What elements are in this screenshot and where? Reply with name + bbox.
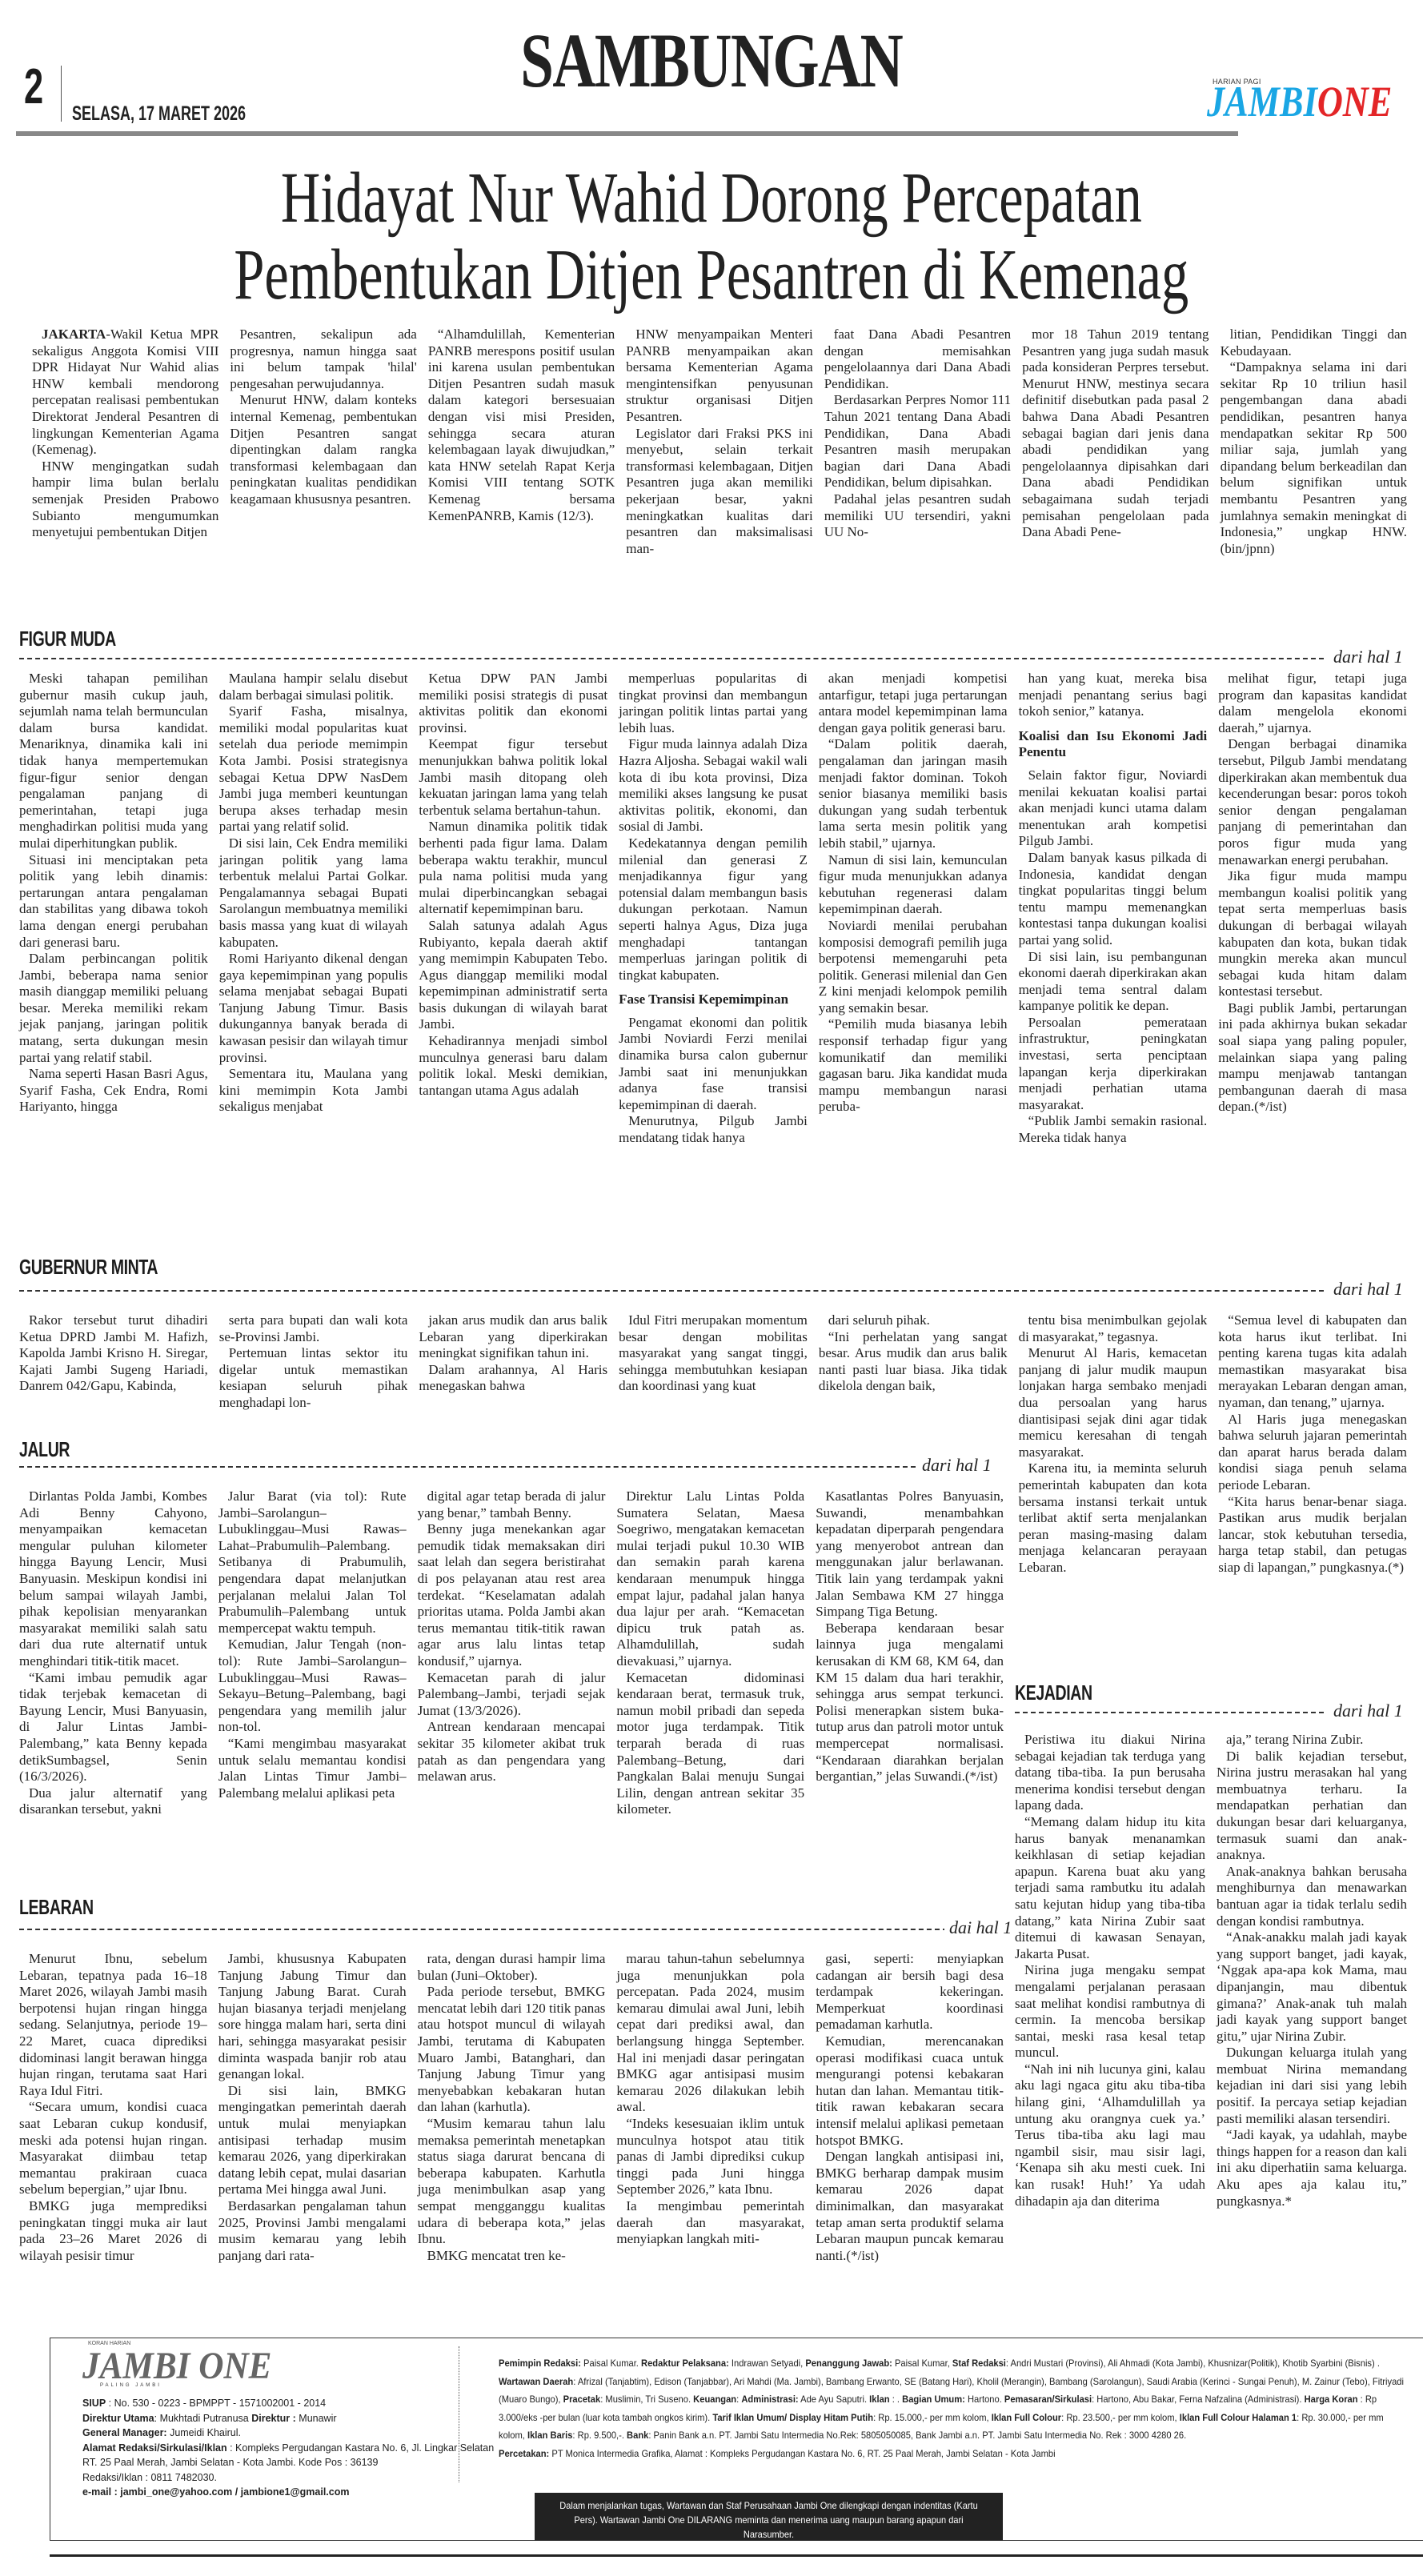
sub-heading: Koalisi dan Isu Ekonomi Jadi Penentu bbox=[1019, 728, 1208, 761]
paragraph: Dirlantas Polda Jambi, Kombes Adi Benny … bbox=[19, 1488, 207, 1670]
text-column: “Semua level di kabupaten dan kota harus… bbox=[1218, 1312, 1407, 1576]
paragraph: JAKARTA-Wakil Ketua MPR sekaligus Anggot… bbox=[32, 327, 218, 459]
press-notice-text: Dalam menjalankan tugas, Wartawan dan St… bbox=[553, 2498, 984, 2542]
text-column: faat Dana Abadi Pesantren dengan memisah… bbox=[824, 327, 1011, 557]
paragraph: Syarif Fasha, misalnya, memiliki modal p… bbox=[219, 703, 408, 835]
paragraph: Dengan langkah antisipasi ini, BMKG berh… bbox=[816, 2149, 1004, 2264]
paragraph: Nama seperti Hasan Basri Agus, Syarif Fa… bbox=[19, 1066, 208, 1116]
staff-value: Hartono. bbox=[965, 2394, 1004, 2405]
editorial-staff-info: Pemimpin Redaksi: Paisal Kumar. Redaktur… bbox=[499, 2354, 1410, 2462]
staff-value: : Rp. 9.500,-. bbox=[572, 2430, 627, 2441]
masthead-rule bbox=[16, 131, 1238, 136]
staff-value: PT Monica Intermedia Grafika, Alamat : K… bbox=[549, 2448, 1055, 2459]
paragraph: mor 18 Tahun 2019 tentang Pesantren yang… bbox=[1022, 327, 1209, 541]
press-notice: Dalam menjalankan tugas, Wartawan dan St… bbox=[535, 2493, 1003, 2541]
publisher-info-line: Redaksi/Iklan : 0811 7482030. bbox=[82, 2470, 499, 2486]
paragraph: “Kami mengimbau masyarakat untuk selalu … bbox=[218, 1736, 407, 1801]
publisher-info-line: RT. 25 Paal Merah, Jambi Selatan - Kota … bbox=[82, 2455, 499, 2470]
paragraph: Al Haris juga menegaskan bahwa seluruh j… bbox=[1218, 1412, 1407, 1494]
paragraph: Jambi, khususnya Kabupaten Tanjung Jabun… bbox=[218, 1951, 407, 2083]
text-column: Jambi, khususnya Kabupaten Tanjung Jabun… bbox=[218, 1951, 407, 2264]
paragraph: Namun dinamika politik tidak berhenti pa… bbox=[419, 819, 607, 918]
paragraph: Kemacetan didominasi kendaraan berat, te… bbox=[616, 1670, 804, 1818]
paragraph: akan menjadi kompetisi antarfigur, tetap… bbox=[819, 671, 1008, 736]
paragraph: Di sisi lain, BMKG mengingatkan pemerint… bbox=[218, 2083, 407, 2198]
staff-label: Iklan Baris bbox=[527, 2430, 572, 2441]
staff-label: Pemasaran/Sirkulasi bbox=[1004, 2394, 1092, 2405]
continuation-rule bbox=[1015, 1712, 1324, 1713]
paragraph: tentu bisa menimbulkan gejolak di masyar… bbox=[1019, 1312, 1208, 1345]
text-column: digital agar tetap berada di jalur yang … bbox=[418, 1488, 606, 1818]
paragraph: Ketua DPW PAN Jambi memiliki posisi stra… bbox=[419, 671, 607, 736]
paragraph: marau tahun-tahun sebelumnya juga menunj… bbox=[616, 1951, 804, 2116]
paragraph: “Indeks kesesuaian iklim untuk munculnya… bbox=[616, 2116, 804, 2198]
paragraph: Sementara itu, Maulana yang kini memimpi… bbox=[219, 1066, 408, 1116]
text-column: JAKARTA-Wakil Ketua MPR sekaligus Anggot… bbox=[32, 327, 218, 557]
staff-value: : Andri Mustari (Provinsi), Ali Ahmadi (… bbox=[1006, 2358, 1380, 2369]
section-title-gubernur-minta: GUBERNUR MINTA bbox=[19, 1255, 158, 1280]
text-column: melihat figur, tetapi juga program dan k… bbox=[1218, 671, 1407, 1147]
text-column: marau tahun-tahun sebelumnya juga menunj… bbox=[616, 1951, 804, 2264]
text-column: Idul Fitri merupakan momentum besar deng… bbox=[619, 1312, 808, 1416]
paragraph: han yang kuat, mereka bisa menjadi penan… bbox=[1019, 671, 1208, 720]
paragraph: “Semua level di kabupaten dan kota harus… bbox=[1218, 1312, 1407, 1412]
paragraph: Dua jalur alternatif yang disarankan ter… bbox=[19, 1785, 207, 1818]
staff-label: Iklan bbox=[869, 2394, 889, 2405]
paragraph: Kedekatannya dengan pemilih milenial dan… bbox=[619, 835, 808, 984]
paragraph: HNW mengingatkan sudah hampir lima bulan… bbox=[32, 459, 218, 541]
text-column: Rakor tersebut turut dihadiri Ketua DPRD… bbox=[19, 1312, 208, 1416]
paragraph: Dalam perbincangan politik Jambi, bebera… bbox=[19, 951, 208, 1066]
paragraph: Anak-anaknya bahkan berusaha menghiburny… bbox=[1217, 1864, 1407, 1929]
continued-from-page-label: dari hal 1 bbox=[1329, 1701, 1403, 1721]
staff-label: Tarif Iklan Umum/ Display Hitam Putih bbox=[712, 2412, 873, 2423]
paragraph: “Memang dalam hidup itu kita harus banya… bbox=[1015, 1814, 1205, 1962]
paragraph: Maulana hampir selalu disebut dalam berb… bbox=[219, 671, 408, 703]
text-column: Maulana hampir selalu disebut dalam berb… bbox=[219, 671, 408, 1147]
continued-from-page-label: dari hal 1 bbox=[1329, 1279, 1403, 1300]
paragraph: Romi Hariyanto dikenal dengan gaya kepem… bbox=[219, 951, 408, 1066]
info-label: e-mail : jambi_one@yahoo.com / jambione1… bbox=[82, 2486, 349, 2498]
staff-label: Harga Koran bbox=[1305, 2394, 1358, 2405]
text-column: Jalur Barat (via tol): Rute Jambi–Sarola… bbox=[218, 1488, 407, 1818]
continuation-rule bbox=[19, 1466, 916, 1468]
footer-logo: KORAN HARIAN JAMBI ONE PALING JAMBI bbox=[82, 2341, 323, 2389]
paragraph: Di balik kejadian tersebut, Nirina justr… bbox=[1217, 1749, 1407, 1864]
publisher-info-line: SIUP : No. 530 - 0223 - BPMPPT - 1571002… bbox=[82, 2396, 499, 2411]
paragraph: Di sisi lain, Cek Endra memiliki jaringa… bbox=[219, 835, 408, 951]
info-value: RT. 25 Paal Merah, Jambi Selatan - Kota … bbox=[82, 2457, 378, 2468]
paragraph: Antrean kendaraan mencapai sekitar 35 ki… bbox=[418, 1719, 606, 1785]
text-column: Peristiwa itu diakui Nirina sebagai keja… bbox=[1015, 1732, 1205, 2209]
paragraph: Menurut Ibnu, sebelum Lebaran, tepatnya … bbox=[19, 1951, 207, 2099]
paragraph: Peristiwa itu diakui Nirina sebagai keja… bbox=[1015, 1732, 1205, 1814]
staff-value: Paisal Kumar, bbox=[892, 2358, 952, 2369]
logo-word-jambi: JAMBI bbox=[1207, 78, 1317, 126]
publisher-info-line: Direktur Utama: Mukhtadi Putranusa Direk… bbox=[82, 2411, 499, 2426]
paragraph: Nirina juga mengaku sempat mengalami per… bbox=[1015, 1962, 1205, 2061]
paragraph: Pada periode tersebut, BMKG mencatat leb… bbox=[418, 1984, 606, 2116]
staff-label: Redaktur Pelaksana: bbox=[641, 2358, 729, 2369]
dateline: JAKARTA bbox=[42, 327, 106, 342]
paragraph: “Alhamdulillah, Kementerian PANRB meresp… bbox=[428, 327, 615, 524]
paragraph: Pengamat ekonomi dan politik Jambi Novia… bbox=[619, 1015, 808, 1114]
continued-from-page-label: dai hal 1 bbox=[944, 1917, 1012, 1938]
staff-value: : Muslimin, Tri Suseno. bbox=[600, 2394, 693, 2405]
paragraph: “Kita harus benar-benar siaga. Pastikan … bbox=[1218, 1494, 1407, 1576]
paragraph: “Nah ini nih lucunya gini, kalau aku lag… bbox=[1015, 2061, 1205, 2209]
paragraph: serta para bupati dan wali kota se-Provi… bbox=[219, 1312, 408, 1345]
continuation-rule bbox=[19, 1929, 948, 1930]
info-value: : Kompleks Pergudangan Kastara No. 6, Jl… bbox=[227, 2442, 495, 2454]
paragraph: Beberapa kendaraan besar lainnya juga me… bbox=[816, 1621, 1004, 1785]
staff-value: : Rp. 15.000,- per mm kolom, bbox=[873, 2412, 992, 2423]
paragraph: Jalur Barat (via tol): Rute Jambi–Sarola… bbox=[218, 1488, 407, 1637]
text-column: Kasatlantas Polres Banyuasin, Suwandi, m… bbox=[816, 1488, 1004, 1818]
paragraph: “Pemilih muda biasanya lebih responsif t… bbox=[819, 1016, 1008, 1116]
footer-logo-name: JAMBI ONE bbox=[82, 2344, 271, 2388]
info-label: General Manager: bbox=[82, 2427, 167, 2438]
text-column: Meski tahapan pemilihan gubernur masih c… bbox=[19, 671, 208, 1147]
footer-rule bbox=[50, 2554, 1423, 2557]
footer-logo-tagline: PALING JAMBI bbox=[100, 2383, 162, 2388]
info-label: Direktur : bbox=[251, 2413, 296, 2424]
text-column: serta para bupati dan wali kota se-Provi… bbox=[219, 1312, 408, 1416]
headline-line-2: Pembentukan Ditjen Pesantren di Kemenag bbox=[234, 237, 1189, 314]
staff-label: Staf Redaksi bbox=[952, 2358, 1006, 2369]
paragraph: aja,” terang Nirina Zubir. bbox=[1217, 1732, 1407, 1749]
staff-label: Percetakan: bbox=[499, 2448, 549, 2459]
paragraph: Berdasarkan pengalaman tahun 2025, Provi… bbox=[218, 2198, 407, 2264]
info-value: Redaksi/Iklan : 0811 7482030. bbox=[82, 2472, 217, 2483]
paragraph: “Dalam politik daerah, pengalaman dan ja… bbox=[819, 736, 1008, 851]
staff-label: Wartawan Daerah bbox=[499, 2376, 573, 2387]
paragraph: BMKG juga memprediksi peningkatan tinggi… bbox=[19, 2198, 207, 2264]
paragraph: Rakor tersebut turut dihadiri Ketua DPRD… bbox=[19, 1312, 208, 1395]
paragraph: Kemacetan parah di jalur Palembang–Jambi… bbox=[418, 1670, 606, 1720]
publisher-info-line: Alamat Redaksi/Sirkulasi/Iklan : Komplek… bbox=[82, 2441, 499, 2456]
impressum-divider bbox=[459, 2346, 459, 2482]
lebaran-body: Menurut Ibnu, sebelum Lebaran, tepatnya … bbox=[19, 1951, 1004, 2264]
jalur-body: Dirlantas Polda Jambi, Kombes Adi Benny … bbox=[19, 1488, 1004, 1818]
staff-value: : . bbox=[890, 2394, 903, 2405]
continuation-rule bbox=[19, 658, 1324, 659]
info-label: SIUP bbox=[82, 2398, 106, 2409]
staff-value: : Hartono, Abu Bakar, Ferna Nafzalina (A… bbox=[1092, 2394, 1304, 2405]
paragraph: Dukungan keluarga itulah yang membuat Ni… bbox=[1217, 2045, 1407, 2127]
text-column: rata, dengan durasi hampir lima bulan (J… bbox=[418, 1951, 606, 2264]
paragraph: “Musim kemarau tahun lalu memaksa pemeri… bbox=[418, 2116, 606, 2248]
paragraph: litian, Pendidikan Tinggi dan Kebudayaan… bbox=[1221, 327, 1407, 359]
text-column: Pesantren, sekalipun ada progresnya, nam… bbox=[230, 327, 416, 557]
logo-word-one: ONE bbox=[1317, 78, 1392, 126]
newspaper-logo: HARIAN PAGI JAMBIONE bbox=[1207, 74, 1423, 126]
paragraph: “Ini perhelatan yang sangat besar. Arus … bbox=[819, 1329, 1008, 1395]
paragraph: Dengan berbagai dinamika tersebut, Pilgu… bbox=[1218, 736, 1407, 868]
paragraph: Keempat figur tersebut menunjukkan bahwa… bbox=[419, 736, 607, 819]
info-value: : No. 530 - 0223 - BPMPPT - 1571002001 -… bbox=[106, 2398, 326, 2409]
paragraph: Figur muda lainnya adalah Diza Hazra Alj… bbox=[619, 736, 808, 835]
impressum-box: KORAN HARIAN JAMBI ONE PALING JAMBI SIUP… bbox=[50, 2338, 1423, 2541]
section-title-jalur: JALUR bbox=[19, 1437, 70, 1462]
continuation-rule bbox=[19, 1290, 1324, 1292]
paragraph: “Publik Jambi semakin rasional. Mereka t… bbox=[1019, 1113, 1208, 1146]
paragraph: “Anak-anakku malah jadi kayak yang suppo… bbox=[1217, 1929, 1407, 2045]
paragraph: Idul Fitri merupakan momentum besar deng… bbox=[619, 1312, 808, 1395]
paragraph: memperluas popularitas di tingkat provin… bbox=[619, 671, 808, 736]
paragraph: Menurut Al Haris, kemacetan panjang di j… bbox=[1019, 1345, 1208, 1460]
paragraph: Noviardi menilai perubahan komposisi dem… bbox=[819, 918, 1008, 1017]
paragraph: Dalam arahannya, Al Haris menegaskan bah… bbox=[419, 1362, 607, 1395]
text-column: Ketua DPW PAN Jambi memiliki posisi stra… bbox=[419, 671, 607, 1147]
staff-label: Keuangan bbox=[693, 2394, 736, 2405]
staff-label: Iklan Full Colour bbox=[992, 2412, 1061, 2423]
publisher-info: SIUP : No. 530 - 0223 - BPMPPT - 1571002… bbox=[82, 2396, 499, 2500]
staff-value: Indrawan Setyadi, bbox=[729, 2358, 806, 2369]
paragraph: Karena itu, ia meminta seluruh pemerinta… bbox=[1019, 1460, 1208, 1576]
info-label: Alamat Redaksi/Sirkulasi/Iklan bbox=[82, 2442, 227, 2454]
paragraph: Namun di sisi lain, kemunculan figur mud… bbox=[819, 852, 1008, 918]
paragraph: Salah satunya adalah Agus Rubiyanto, kep… bbox=[419, 918, 607, 1033]
text-column: jakan arus mudik dan arus balik Lebaran … bbox=[419, 1312, 607, 1416]
text-column: aja,” terang Nirina Zubir.Di balik kejad… bbox=[1217, 1732, 1407, 2209]
headline-line-1: Hidayat Nur Wahid Dorong Percepatan bbox=[281, 160, 1142, 237]
paragraph: Direktur Lalu Lintas Polda Sumatera Sela… bbox=[616, 1488, 804, 1670]
paragraph: jakan arus mudik dan arus balik Lebaran … bbox=[419, 1312, 607, 1362]
text-column: mor 18 Tahun 2019 tentang Pesantren yang… bbox=[1022, 327, 1209, 557]
paragraph: “Jadi kayak, ya udahlah, maybe things ha… bbox=[1217, 2127, 1407, 2209]
paragraph: Jika figur muda mampu membangun koalisi … bbox=[1218, 868, 1407, 1000]
paragraph: BMKG mencatat tren ke- bbox=[418, 2248, 606, 2265]
paragraph: Legislator dari Fraksi PKS ini menyebut,… bbox=[626, 426, 812, 558]
staff-label: Administrasi: bbox=[741, 2394, 798, 2405]
sub-heading: Fase Transisi Kepemimpinan bbox=[619, 992, 808, 1008]
text-column: tentu bisa menimbulkan gejolak di masyar… bbox=[1019, 1312, 1208, 1576]
paragraph: HNW menyampaikan Menteri PANRB menyampai… bbox=[626, 327, 812, 426]
kejadian-body: Peristiwa itu diakui Nirina sebagai keja… bbox=[1015, 1732, 1407, 2209]
staff-label: Iklan Full Colour Halaman 1 bbox=[1180, 2412, 1297, 2423]
staff-value: Paisal Kumar. bbox=[581, 2358, 641, 2369]
text-column: “Alhamdulillah, Kementerian PANRB meresp… bbox=[428, 327, 615, 557]
paragraph: Ia mengimbau pemerintah daerah dan masya… bbox=[616, 2198, 804, 2248]
paragraph: digital agar tetap berada di jalur yang … bbox=[418, 1488, 606, 1521]
continued-from-page-label: dari hal 1 bbox=[917, 1455, 992, 1476]
staff-label: Pemimpin Redaksi: bbox=[499, 2358, 581, 2369]
paragraph: Kemudian, merencanakan operasi modifikas… bbox=[816, 2033, 1004, 2149]
text-column: memperluas popularitas di tingkat provin… bbox=[619, 671, 808, 1147]
paragraph: Bagi publik Jambi, pertarungan ini pada … bbox=[1218, 1000, 1407, 1116]
info-value: Munawir bbox=[296, 2413, 337, 2424]
paragraph: Selain faktor figur, Noviardi menilai ke… bbox=[1019, 767, 1208, 850]
figur-muda-body: Meski tahapan pemilihan gubernur masih c… bbox=[19, 671, 1407, 1147]
paragraph: “Kami imbau pemudik agar tidak terjebak … bbox=[19, 1670, 207, 1785]
section-title-lebaran: LEBARAN bbox=[19, 1895, 94, 1920]
paragraph: Kehadirannya menjadi simbol munculnya ge… bbox=[419, 1033, 607, 1099]
paragraph: Pesantren, sekalipun ada progresnya, nam… bbox=[230, 327, 416, 392]
section-title-kejadian: KEJADIAN bbox=[1015, 1681, 1092, 1705]
section-rubric-label: SAMBUNGAN bbox=[521, 22, 903, 99]
staff-value: : Rp. 23.500,- per mm kolom, bbox=[1061, 2412, 1180, 2423]
staff-value: : Panin Bank a.n. PT. Jambi Satu Interme… bbox=[648, 2430, 1186, 2441]
paragraph: Dalam banyak kasus pilkada di Indonesia,… bbox=[1019, 850, 1208, 949]
staff-label: Penanggung Jawab: bbox=[805, 2358, 892, 2369]
continued-from-page-label: dari hal 1 bbox=[1329, 647, 1403, 667]
paragraph: Kasatlantas Polres Banyuasin, Suwandi, m… bbox=[816, 1488, 1004, 1621]
staff-label: Bagian Umum: bbox=[902, 2394, 965, 2405]
paragraph: Padahal jelas pesantren sudah memiliki U… bbox=[824, 491, 1011, 541]
issue-date: SELASA, 17 MARET 2026 bbox=[72, 102, 246, 126]
paragraph: Persoalan pemerataan infrastruktur, peni… bbox=[1019, 1015, 1208, 1114]
text-column: Menurut Ibnu, sebelum Lebaran, tepatnya … bbox=[19, 1951, 207, 2264]
paragraph: melihat figur, tetapi juga program dan k… bbox=[1218, 671, 1407, 736]
paragraph: Kemudian, Jalur Tengah (non-tol): Rute J… bbox=[218, 1637, 407, 1736]
publisher-info-line: e-mail : jambi_one@yahoo.com / jambione1… bbox=[82, 2485, 499, 2500]
staff-label: Bank bbox=[627, 2430, 648, 2441]
paragraph: Di sisi lain, isu pembangunan ekonomi da… bbox=[1019, 949, 1208, 1015]
paragraph: “Secara umum, kondisi cuaca saat Lebaran… bbox=[19, 2099, 207, 2198]
paragraph: gasi, seperti: menyiapkan cadangan air b… bbox=[816, 1951, 1004, 2033]
info-value: : Mukhtadi Putranusa bbox=[154, 2413, 252, 2424]
paragraph: Pertemuan lintas sektor itu digelar untu… bbox=[219, 1345, 408, 1411]
paragraph: Situasi ini menciptakan peta politik yan… bbox=[19, 852, 208, 951]
lead-article-body: JAKARTA-Wakil Ketua MPR sekaligus Anggot… bbox=[32, 327, 1407, 557]
section-title-figur-muda: FIGUR MUDA bbox=[19, 627, 116, 651]
staff-label: Pracetak bbox=[563, 2394, 601, 2405]
paragraph: Benny juga menekankan agar pemudik tidak… bbox=[418, 1521, 606, 1669]
text-column: Dirlantas Polda Jambi, Kombes Adi Benny … bbox=[19, 1488, 207, 1818]
text-column: gasi, seperti: menyiapkan cadangan air b… bbox=[816, 1951, 1004, 2264]
paragraph: Menurut HNW, dalam konteks internal Keme… bbox=[230, 392, 416, 507]
text-column: akan menjadi kompetisi antarfigur, tetap… bbox=[819, 671, 1008, 1147]
text-column: han yang kuat, mereka bisa menjadi penan… bbox=[1019, 671, 1208, 1147]
staff-value: Ade Ayu Saputri. bbox=[799, 2394, 870, 2405]
paragraph: Berdasarkan Perpres Nomor 111 Tahun 2021… bbox=[824, 392, 1011, 491]
text-column: Direktur Lalu Lintas Polda Sumatera Sela… bbox=[616, 1488, 804, 1818]
text-column: HNW menyampaikan Menteri PANRB menyampai… bbox=[626, 327, 812, 557]
paragraph: rata, dengan durasi hampir lima bulan (J… bbox=[418, 1951, 606, 1984]
paragraph: faat Dana Abadi Pesantren dengan memisah… bbox=[824, 327, 1011, 392]
paragraph: “Dampaknya selama ini dari sekitar Rp 10… bbox=[1221, 359, 1407, 557]
text-column: dari seluruh pihak.“Ini perhelatan yang … bbox=[819, 1312, 1008, 1416]
paragraph: dari seluruh pihak. bbox=[819, 1312, 1008, 1329]
paragraph: Menurutnya, Pilgub Jambi mendatang tidak… bbox=[619, 1113, 808, 1146]
paragraph-text: -Wakil Ketua MPR sekaligus Anggota Komis… bbox=[32, 327, 218, 457]
info-label: Direktur Utama bbox=[82, 2413, 154, 2424]
lead-headline: Hidayat Nur Wahid Dorong Percepatan Pemb… bbox=[0, 160, 1423, 314]
info-value: Jumeidi Khairul. bbox=[167, 2427, 241, 2438]
paragraph: Meski tahapan pemilihan gubernur masih c… bbox=[19, 671, 208, 852]
text-column: litian, Pendidikan Tinggi dan Kebudayaan… bbox=[1221, 327, 1407, 557]
publisher-info-line: General Manager: Jumeidi Khairul. bbox=[82, 2426, 499, 2441]
